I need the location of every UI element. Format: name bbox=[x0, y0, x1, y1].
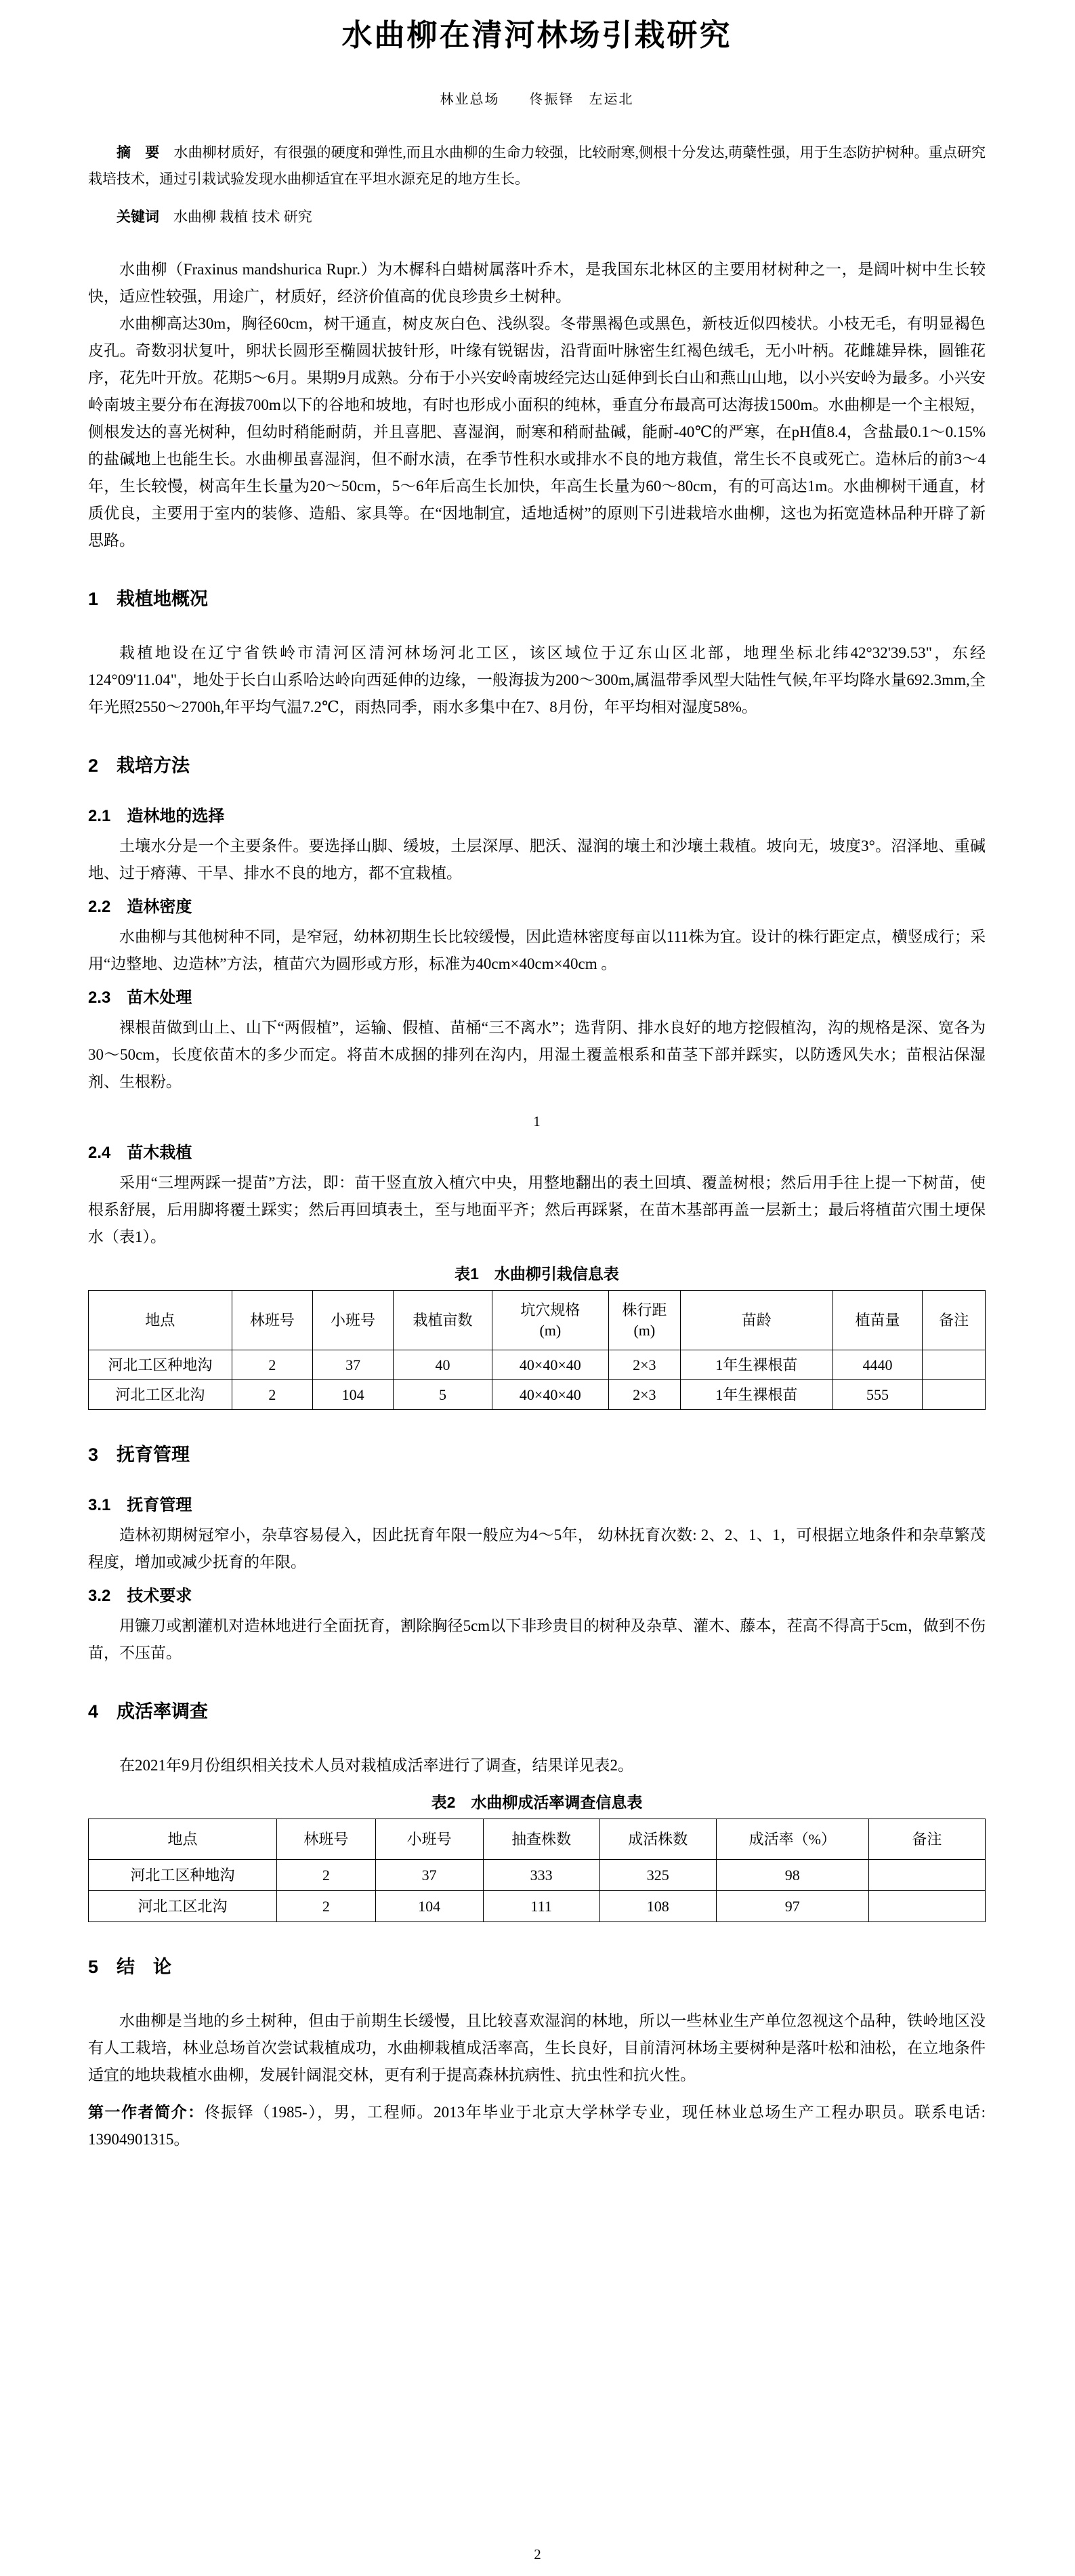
section-heading-5: 5 结 论 bbox=[88, 1956, 986, 1978]
table-header-cell: 抽查株数 bbox=[483, 1819, 599, 1860]
table-cell: 40×40×40 bbox=[492, 1350, 608, 1380]
planting-info-table: 地点 林班号 小班号 栽植亩数 坑穴规格 (m) 株行距 (m) 苗龄 植苗量 … bbox=[88, 1290, 986, 1410]
table-cell: 97 bbox=[716, 1891, 868, 1922]
table-cell: 5 bbox=[394, 1380, 492, 1410]
survival-rate-table: 地点 林班号 小班号 抽查株数 成活株数 成活率（%） 备注 河北工区种地沟 2… bbox=[88, 1819, 986, 1922]
table-header-cell: 林班号 bbox=[277, 1819, 376, 1860]
author-bio: 第一作者简介：佟振铎（1985-），男，工程师。2013年毕业于北京大学林学专业… bbox=[88, 2098, 986, 2153]
table-cell: 2×3 bbox=[608, 1380, 680, 1410]
table-header-cell: 植苗量 bbox=[832, 1291, 922, 1350]
keywords-paragraph: 关键词 水曲柳 栽植 技术 研究 bbox=[88, 208, 986, 226]
table-header-cell: 小班号 bbox=[312, 1291, 393, 1350]
table-cell: 37 bbox=[312, 1350, 393, 1380]
table-cell: 2 bbox=[277, 1891, 376, 1922]
intro-paragraph-1: 水曲柳（Fraxinus mandshurica Rupr.）为木樨科白蜡树属落… bbox=[88, 256, 986, 310]
table-cell: 325 bbox=[599, 1860, 716, 1891]
table-cell: 2 bbox=[277, 1860, 376, 1891]
subsection-heading-3-2: 3.2 技术要求 bbox=[88, 1586, 986, 1606]
section-1-paragraph: 栽植地设在辽宁省铁岭市清河区清河林场河北工区，该区域位于辽东山区北部，地理坐标北… bbox=[88, 640, 986, 721]
table-header-cell: 株行距 (m) bbox=[608, 1291, 680, 1350]
table-header-cell: 林班号 bbox=[232, 1291, 312, 1350]
page-2-number: 2 bbox=[0, 2546, 1075, 2562]
table-header-cell: 坑穴规格 (m) bbox=[492, 1291, 608, 1350]
subsection-3-1-paragraph: 造林初期树冠窄小，杂草容易侵入，因此抚育年限一般应为4～5年， 幼林抚育次数: … bbox=[88, 1522, 986, 1576]
subsection-heading-3-1: 3.1 抚育管理 bbox=[88, 1495, 986, 1516]
table-cell: 2×3 bbox=[608, 1350, 680, 1380]
table-cell: 333 bbox=[483, 1860, 599, 1891]
table-cell bbox=[923, 1350, 986, 1380]
table-header-cell: 栽植亩数 bbox=[394, 1291, 492, 1350]
table-cell: 1年生裸根苗 bbox=[680, 1380, 832, 1410]
table-header-cell: 成活率（%） bbox=[716, 1819, 868, 1860]
table-cell: 40×40×40 bbox=[492, 1380, 608, 1410]
table-cell bbox=[923, 1380, 986, 1410]
table-header-cell: 小班号 bbox=[375, 1819, 483, 1860]
abstract-label: 摘 要 bbox=[117, 145, 159, 161]
table-header-cell: 成活株数 bbox=[599, 1819, 716, 1860]
keywords-label: 关键词 bbox=[117, 209, 159, 225]
table-cell: 2 bbox=[232, 1380, 312, 1410]
table-row: 河北工区北沟 2 104 111 108 97 bbox=[89, 1891, 986, 1922]
subsection-2-1-paragraph: 土壤水分是一个主要条件。要选择山脚、缓坡，土层深厚、肥沃、湿润的壤土和沙壤土栽植… bbox=[88, 833, 986, 887]
section-heading-2: 2 栽培方法 bbox=[88, 755, 986, 776]
subsection-3-2-paragraph: 用镰刀或割灌机对造林地进行全面抚育，割除胸径5cm以下非珍贵目的树种及杂草、灌木… bbox=[88, 1613, 986, 1667]
subsection-heading-2-2: 2.2 造林密度 bbox=[88, 897, 986, 917]
table-cell: 河北工区种地沟 bbox=[89, 1860, 277, 1891]
subsection-2-2-paragraph: 水曲柳与其他树种不同，是窄冠，幼林初期生长比较缓慢，因此造林密度每亩以111株为… bbox=[88, 923, 986, 978]
table-cell: 河北工区北沟 bbox=[89, 1891, 277, 1922]
table-cell: 108 bbox=[599, 1891, 716, 1922]
table-header-cell: 苗龄 bbox=[680, 1291, 832, 1350]
section-heading-4: 4 成活率调查 bbox=[88, 1701, 986, 1722]
page-1-number: 1 bbox=[88, 1113, 986, 1129]
table-cell: 555 bbox=[832, 1380, 922, 1410]
table-cell: 104 bbox=[312, 1380, 393, 1410]
table-cell: 河北工区北沟 bbox=[89, 1380, 232, 1410]
subsection-heading-2-1: 2.1 造林地的选择 bbox=[88, 806, 986, 827]
author-bio-label: 第一作者简介： bbox=[88, 2103, 205, 2121]
table-cell: 98 bbox=[716, 1860, 868, 1891]
table-cell: 4440 bbox=[832, 1350, 922, 1380]
section-heading-1: 1 栽植地概况 bbox=[88, 588, 986, 610]
table-1-caption: 表1 水曲柳引栽信息表 bbox=[88, 1264, 986, 1283]
page-title: 水曲柳在清河林场引栽研究 bbox=[88, 16, 986, 54]
intro-paragraph-2: 水曲柳高达30m，胸径60cm，树干通直，树皮灰白色、浅纵裂。冬带黑褐色或黑色，… bbox=[88, 310, 986, 554]
table-header-row: 地点 林班号 小班号 栽植亩数 坑穴规格 (m) 株行距 (m) 苗龄 植苗量 … bbox=[89, 1291, 986, 1350]
table-cell bbox=[868, 1891, 985, 1922]
abstract-text: 水曲柳材质好，有很强的硬度和弹性,而且水曲柳的生命力较强，比较耐寒,侧根十分发达… bbox=[88, 144, 986, 187]
table-header-row: 地点 林班号 小班号 抽查株数 成活株数 成活率（%） 备注 bbox=[89, 1819, 986, 1860]
subsection-heading-2-3: 2.3 苗木处理 bbox=[88, 988, 986, 1008]
table-row: 河北工区北沟 2 104 5 40×40×40 2×3 1年生裸根苗 555 bbox=[89, 1380, 986, 1410]
document-page: 水曲柳在清河林场引栽研究 林业总场 佟振铎 左运北 摘 要 水曲柳材质好，有很强… bbox=[0, 0, 1075, 2576]
authors-line: 林业总场 佟振铎 左运北 bbox=[88, 92, 986, 107]
table-header-cell: 备注 bbox=[923, 1291, 986, 1350]
table-cell: 2 bbox=[232, 1350, 312, 1380]
abstract-paragraph: 摘 要 水曲柳材质好，有很强的硬度和弹性,而且水曲柳的生命力较强，比较耐寒,侧根… bbox=[88, 140, 986, 192]
table-cell: 111 bbox=[483, 1891, 599, 1922]
table-2-caption: 表2 水曲柳成活率调查信息表 bbox=[88, 1793, 986, 1812]
table-header-cell: 地点 bbox=[89, 1819, 277, 1860]
subsection-heading-2-4: 2.4 苗木栽植 bbox=[88, 1143, 986, 1163]
table-cell bbox=[868, 1860, 985, 1891]
subsection-2-3-paragraph: 裸根苗做到山上、山下“两假植”，运输、假植、苗桶“三不离水”；选背阴、排水良好的… bbox=[88, 1014, 986, 1096]
table-header-cell: 地点 bbox=[89, 1291, 232, 1350]
table-row: 河北工区种地沟 2 37 40 40×40×40 2×3 1年生裸根苗 4440 bbox=[89, 1350, 986, 1380]
table-cell: 104 bbox=[375, 1891, 483, 1922]
table-cell: 1年生裸根苗 bbox=[680, 1350, 832, 1380]
author-bio-text: 佟振铎（1985-），男，工程师。2013年毕业于北京大学林学专业，现任林业总场… bbox=[88, 2104, 986, 2148]
subsection-2-4-paragraph: 采用“三埋两踩一提苗”方法，即：苗干竖直放入植穴中央，用整地翻出的表土回填、覆盖… bbox=[88, 1169, 986, 1251]
table-cell: 河北工区种地沟 bbox=[89, 1350, 232, 1380]
table-cell: 37 bbox=[375, 1860, 483, 1891]
section-heading-3: 3 抚育管理 bbox=[88, 1444, 986, 1466]
table-header-cell: 备注 bbox=[868, 1819, 985, 1860]
keywords-text: 水曲柳 栽植 技术 研究 bbox=[173, 209, 312, 225]
section-5-paragraph: 水曲柳是当地的乡土树种，但由于前期生长缓慢，且比较喜欢湿润的林地，所以一些林业生… bbox=[88, 2008, 986, 2089]
table-cell: 40 bbox=[394, 1350, 492, 1380]
section-4-paragraph: 在2021年9月份组织相关技术人员对栽植成活率进行了调查，结果详见表2。 bbox=[88, 1752, 986, 1779]
table-row: 河北工区种地沟 2 37 333 325 98 bbox=[89, 1860, 986, 1891]
